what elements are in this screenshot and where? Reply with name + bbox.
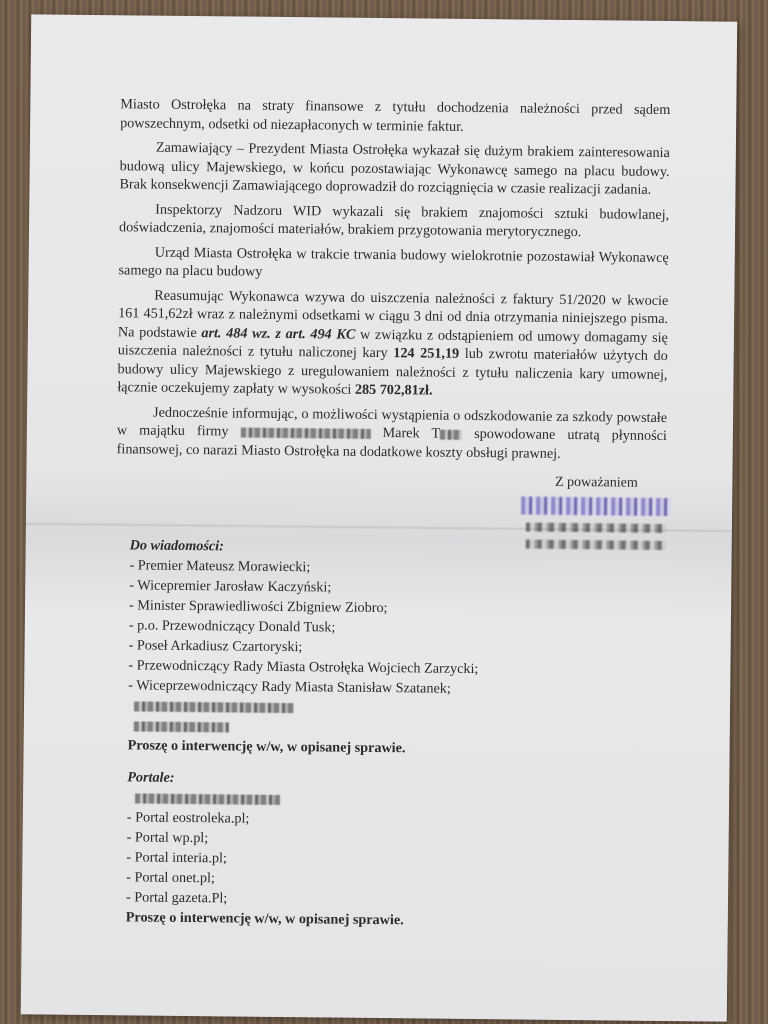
total-amount: 285 702,81zł.	[355, 382, 433, 399]
closing-salutation: Z poważaniem	[506, 474, 686, 492]
damages-text: Marek T	[370, 425, 440, 442]
paragraph-2: Zamawiający – Prezydent Miasta Ostrołęka…	[119, 138, 670, 199]
intervention-request: Proszę o interwencję w/w, w opisanej spr…	[126, 907, 646, 932]
letter-body: Miasto Ostrołęka na straty finansowe z t…	[117, 95, 671, 470]
damages-paragraph: Jednocześnie informując, o możliwości wy…	[117, 403, 668, 464]
paragraph-4: Urząd Miasta Ostrołęka w trakcie trwania…	[118, 243, 668, 286]
letter-page: Miasto Ostrołęka na straty finansowe z t…	[21, 14, 737, 1021]
paragraph-1: Miasto Ostrołęka na straty finansowe z t…	[120, 95, 670, 138]
penalty-amount: 124 251,19	[393, 345, 459, 362]
redacted-company	[240, 427, 370, 438]
portals-list: Portale: - Portal eostroleka.pl; - Porta…	[126, 767, 648, 932]
legal-reference: art. 484 wz. z art. 494 KC	[201, 325, 355, 343]
redacted-surname	[440, 429, 462, 439]
redacted-signatory-line	[526, 523, 666, 533]
summary-paragraph: Reasumując Wykonawca wzywa do uiszczenia…	[117, 286, 668, 403]
handwritten-signature	[521, 496, 671, 516]
recipients-list: Do wiadomości: - Premier Mateusz Morawie…	[128, 535, 650, 760]
intervention-request: Proszę o interwencję w/w, w opisanej spr…	[128, 735, 648, 760]
paragraph-3: Inspektorzy Nadzoru WID wykazali się bra…	[119, 200, 669, 243]
